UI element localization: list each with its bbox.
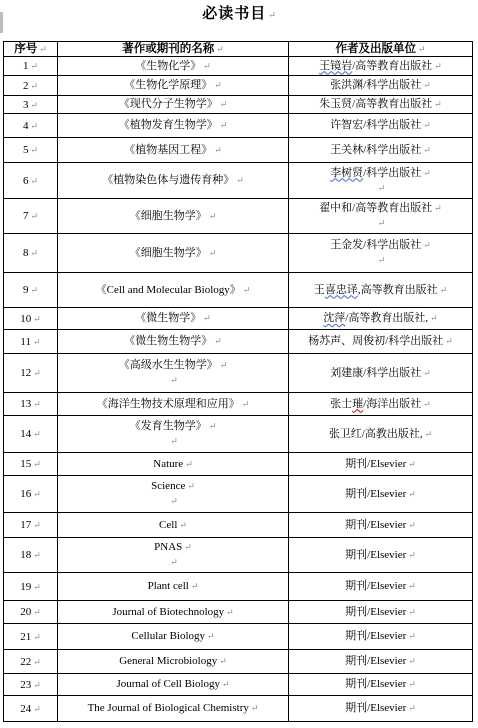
table-row: 19↵Plant cell↵期刊/Elsevier↵ xyxy=(4,573,473,601)
pilcrow-mark: ↵ xyxy=(33,520,41,530)
cell-index[interactable]: 9↵ xyxy=(4,273,58,308)
title-text: Nature xyxy=(153,458,183,470)
pilcrow-mark: ↵ xyxy=(209,211,217,221)
table-row: 17↵Cell↵期刊/Elsevier↵ xyxy=(4,513,473,538)
pilcrow-mark: ↵ xyxy=(207,631,215,641)
title-text: The Journal of Biological Chemistry xyxy=(88,702,249,714)
text-line: 《细胞生物学》↵ xyxy=(58,246,288,261)
table-row: 4↵《植物发育生物学》↵许智宏/科学出版社↵ xyxy=(4,114,473,138)
author-flagged-text: 沈萍 xyxy=(323,312,345,324)
title-text: 《生物化学》 xyxy=(135,60,201,72)
text-line: 翟中和/高等教育出版社↵ xyxy=(289,201,472,216)
text-line: ↵ xyxy=(289,253,472,268)
row-number: 18 xyxy=(20,549,31,561)
pilcrow-mark: ↵ xyxy=(33,632,41,642)
title-text: PNAS xyxy=(154,541,182,553)
row-number: 5 xyxy=(23,144,29,156)
cell-author-publisher[interactable]: 期刊/Elsevier↵ xyxy=(289,476,473,513)
cell-index[interactable]: 12↵ xyxy=(4,354,58,393)
pilcrow-mark: ↵ xyxy=(242,399,250,409)
title-text: 《发育生物学》 xyxy=(130,420,207,432)
cell-index[interactable]: 2↵ xyxy=(4,76,58,96)
cell-author-publisher[interactable]: 期刊/Elsevier↵ xyxy=(289,538,473,573)
cell-author-publisher[interactable]: 期刊/Elsevier↵ xyxy=(289,513,473,538)
header-label: 序号 xyxy=(14,43,37,55)
table-row: 24↵The Journal of Biological Chemistry↵期… xyxy=(4,696,473,722)
pilcrow-mark: ↵ xyxy=(408,550,416,560)
text-line: 《微生物学》↵ xyxy=(58,311,288,326)
cell-title[interactable]: Cell↵ xyxy=(58,513,289,538)
text-line: 朱玉贤/高等教育出版社↵ xyxy=(289,97,472,112)
pilcrow-mark: ↵ xyxy=(408,631,416,641)
pilcrow-mark: ↵ xyxy=(434,61,442,71)
header-row: 序号↵ 著作或期刊的名称↵ 作者及出版单位↵ xyxy=(4,42,473,57)
author-text: 期刊/Elsevier xyxy=(345,606,406,618)
table-row: 11↵《微生物生物学》↵杨苏声、周俊初/科学出版社↵ xyxy=(4,330,473,354)
title-text: Science xyxy=(151,480,185,492)
author-text: 期刊/Elsevier xyxy=(345,549,406,561)
pilcrow-mark: ↵ xyxy=(408,656,416,666)
title-text: 《植物染色体与遗传育种》 xyxy=(102,174,234,186)
cell-title[interactable]: 《生物化学原理》↵ xyxy=(58,76,289,96)
cell-author-publisher[interactable]: 期刊/Elsevier↵ xyxy=(289,453,473,476)
pilcrow-mark: ↵ xyxy=(219,656,227,666)
author-text: 期刊/Elsevier xyxy=(345,655,406,667)
row-number: 8 xyxy=(23,247,29,259)
title-text: 《海洋生物技术原理和应用》 xyxy=(97,398,240,410)
pilcrow-mark: ↵ xyxy=(203,313,211,323)
pilcrow-mark: ↵ xyxy=(30,100,38,110)
cell-author-publisher[interactable]: 期刊/Elsevier↵ xyxy=(289,624,473,650)
pilcrow-mark: ↵ xyxy=(378,255,386,265)
pilcrow-mark: ↵ xyxy=(220,360,228,370)
text-line: 期刊/Elsevier↵ xyxy=(289,579,472,594)
title-text: Cell xyxy=(159,519,177,531)
cell-title[interactable]: 《细胞生物学》↵ xyxy=(58,199,289,234)
text-line: ↵ xyxy=(289,216,472,231)
text-line: 《植物发育生物学》↵ xyxy=(58,118,288,133)
text-line: ↵ xyxy=(58,555,288,570)
cell-title[interactable]: 《植物基因工程》↵ xyxy=(58,138,289,163)
row-number: 1 xyxy=(23,60,29,72)
header-cell-index[interactable]: 序号↵ xyxy=(4,42,58,57)
text-line: 期刊/Elsevier↵ xyxy=(289,654,472,669)
cell-author-publisher[interactable]: 王关林/科学出版社↵ xyxy=(289,138,473,163)
cell-title[interactable]: Journal of Biotechnology↵ xyxy=(58,601,289,624)
text-line: 《生物化学原理》↵ xyxy=(58,78,288,93)
author-text: 期刊/Elsevier xyxy=(345,630,406,642)
author-text: 翟中和/高等教育出版社 xyxy=(319,202,432,214)
pilcrow-mark: ↵ xyxy=(170,557,178,567)
author-text: 刘建康/科学出版社 xyxy=(330,367,421,379)
pilcrow-mark: ↵ xyxy=(418,44,426,54)
pilcrow-mark: ↵ xyxy=(33,399,41,409)
pilcrow-mark: ↵ xyxy=(423,145,431,155)
cell-title[interactable]: 《Cell and Molecular Biology》↵ xyxy=(58,273,289,308)
cell-title[interactable]: Science↵↵ xyxy=(58,476,289,513)
cell-title[interactable]: 《发育生物学》↵↵ xyxy=(58,416,289,453)
cell-title[interactable]: 《微生物生物学》↵ xyxy=(58,330,289,354)
row-number: 6 xyxy=(23,175,29,187)
cell-title[interactable]: Nature↵ xyxy=(58,453,289,476)
pilcrow-mark: ↵ xyxy=(408,459,416,469)
pilcrow-mark: ↵ xyxy=(184,542,192,552)
cell-index[interactable]: 19↵ xyxy=(4,573,58,601)
cell-index[interactable]: 23↵ xyxy=(4,674,58,696)
cell-title[interactable]: Plant cell↵ xyxy=(58,573,289,601)
author-flagged-text: 璀 xyxy=(352,398,363,410)
pilcrow-mark: ↵ xyxy=(209,248,217,258)
pilcrow-mark: ↵ xyxy=(30,81,38,91)
row-number: 2 xyxy=(23,80,29,92)
cell-author-publisher[interactable]: 沈萍/高等教育出版社,↵ xyxy=(289,308,473,330)
cell-index[interactable]: 7↵ xyxy=(4,199,58,234)
header-label: 作者及出版单位 xyxy=(335,43,416,55)
pilcrow-mark: ↵ xyxy=(33,314,41,324)
table-row: 2↵《生物化学原理》↵张洪渊/科学出版社↵ xyxy=(4,76,473,96)
pilcrow-mark: ↵ xyxy=(170,436,178,446)
row-number: 16 xyxy=(20,488,31,500)
cell-index[interactable]: 24↵ xyxy=(4,696,58,722)
cell-title[interactable]: 《生物化学》↵ xyxy=(58,57,289,76)
author-text: ,高等教育出版社 xyxy=(358,284,438,296)
pilcrow-mark: ↵ xyxy=(434,203,442,213)
cell-author-publisher[interactable]: 期刊/Elsevier↵ xyxy=(289,573,473,601)
pilcrow-mark: ↵ xyxy=(33,582,41,592)
pilcrow-mark: ↵ xyxy=(243,285,251,295)
row-number: 22 xyxy=(20,656,31,668)
author-text: /高等教育出版社, xyxy=(345,312,428,324)
pilcrow-mark: ↵ xyxy=(191,581,199,591)
pilcrow-mark: ↵ xyxy=(408,520,416,530)
text-line: Science↵ xyxy=(58,479,288,494)
cell-author-publisher[interactable]: 王镜岩/高等教育出版社↵ xyxy=(289,57,473,76)
text-line: 期刊/Elsevier↵ xyxy=(289,629,472,644)
cell-author-publisher[interactable]: 期刊/Elsevier↵ xyxy=(289,696,473,722)
pilcrow-mark: ↵ xyxy=(220,120,228,130)
text-line: General Microbiology↵ xyxy=(58,654,288,669)
cell-author-publisher[interactable]: 王金发/科学出版社↵↵ xyxy=(289,234,473,273)
pilcrow-mark: ↵ xyxy=(268,10,276,20)
cell-title[interactable]: Journal of Cell Biology↵ xyxy=(58,674,289,696)
row-number: 24 xyxy=(20,703,31,715)
cell-author-publisher[interactable]: 王喜忠译,高等教育出版社↵ xyxy=(289,273,473,308)
pilcrow-mark: ↵ xyxy=(33,550,41,560)
text-line: 刘建康/科学出版社↵ xyxy=(289,366,472,381)
author-text: 期刊/Elsevier xyxy=(345,519,406,531)
author-text: 张卫红/高教出版社, xyxy=(329,428,423,440)
pilcrow-mark: ↵ xyxy=(423,368,431,378)
title-text: 《高级水生生物学》 xyxy=(119,359,218,371)
pilcrow-mark: ↵ xyxy=(425,429,433,439)
title-text: Cellular Biology xyxy=(131,630,205,642)
cell-index[interactable]: 1↵ xyxy=(4,57,58,76)
cell-author-publisher[interactable]: 刘建康/科学出版社↵ xyxy=(289,354,473,393)
pilcrow-mark: ↵ xyxy=(226,607,234,617)
cell-index[interactable]: 16↵ xyxy=(4,476,58,513)
text-line: 张洪渊/科学出版社↵ xyxy=(289,78,472,93)
cell-author-publisher[interactable]: 期刊/Elsevier↵ xyxy=(289,650,473,674)
author-text: 王金发/科学出版社 xyxy=(330,239,421,251)
cell-title[interactable]: 《微生物学》↵ xyxy=(58,308,289,330)
cell-index[interactable]: 10↵ xyxy=(4,308,58,330)
cell-author-publisher[interactable]: 杨苏声、周俊初/科学出版社↵ xyxy=(289,330,473,354)
title-text: 《植物发育生物学》 xyxy=(119,119,218,131)
cell-index[interactable]: 18↵ xyxy=(4,538,58,573)
table-row: 18↵PNAS↵↵期刊/Elsevier↵ xyxy=(4,538,473,573)
table-row: 10↵《微生物学》↵沈萍/高等教育出版社,↵ xyxy=(4,308,473,330)
table-row: 3↵《现代分子生物学》↵朱玉贤/高等教育出版社↵ xyxy=(4,96,473,114)
pilcrow-mark: ↵ xyxy=(33,489,41,499)
row-number: 23 xyxy=(20,679,31,691)
row-number: 4 xyxy=(23,120,29,132)
title-text: 《植物基因工程》 xyxy=(124,144,212,156)
page-title-text: 必读书目 xyxy=(202,6,266,22)
table-row: 5↵《植物基因工程》↵王关林/科学出版社↵ xyxy=(4,138,473,163)
cell-title[interactable]: 《高级水生生物学》↵↵ xyxy=(58,354,289,393)
cell-index[interactable]: 14↵ xyxy=(4,416,58,453)
cell-title[interactable]: Cellular Biology↵ xyxy=(58,624,289,650)
pilcrow-mark: ↵ xyxy=(378,218,386,228)
pilcrow-mark: ↵ xyxy=(203,61,211,71)
row-number: 9 xyxy=(23,284,29,296)
pilcrow-mark: ↵ xyxy=(440,285,448,295)
table-row: 21↵Cellular Biology↵期刊/Elsevier↵ xyxy=(4,624,473,650)
pilcrow-mark: ↵ xyxy=(236,175,244,185)
cell-index[interactable]: 6↵ xyxy=(4,163,58,199)
text-line: 《生物化学》↵ xyxy=(58,59,288,74)
pilcrow-mark: ↵ xyxy=(408,703,416,713)
text-line: Journal of Cell Biology↵ xyxy=(58,677,288,692)
author-text: 期刊/Elsevier xyxy=(345,458,406,470)
pilcrow-mark: ↵ xyxy=(220,99,228,109)
row-number: 13 xyxy=(20,398,31,410)
pilcrow-mark: ↵ xyxy=(30,211,38,221)
pilcrow-mark: ↵ xyxy=(33,607,41,617)
text-line: 许智宏/科学出版社↵ xyxy=(289,118,472,133)
text-line: 沈萍/高等教育出版社,↵ xyxy=(289,311,472,326)
cell-index[interactable]: 22↵ xyxy=(4,650,58,674)
text-line: ↵ xyxy=(58,494,288,509)
cell-author-publisher[interactable]: 期刊/Elsevier↵ xyxy=(289,674,473,696)
window-edge-bar xyxy=(0,12,3,33)
header-cell-name[interactable]: 著作或期刊的名称↵ xyxy=(58,42,289,57)
cell-author-publisher[interactable]: 张卫红/高教出版社,↵ xyxy=(289,416,473,453)
table-row: 13↵《海洋生物技术原理和应用》↵张士璀/海洋出版社↵ xyxy=(4,393,473,416)
author-text: 朱玉贤/高等教育出版社 xyxy=(319,98,432,110)
title-text: 《细胞生物学》 xyxy=(130,210,207,222)
pilcrow-mark: ↵ xyxy=(179,520,187,530)
page-title[interactable]: 必读书目↵ xyxy=(0,0,478,24)
table-row: 8↵《细胞生物学》↵王金发/科学出版社↵↵ xyxy=(4,234,473,273)
text-line: 期刊/Elsevier↵ xyxy=(289,605,472,620)
row-number: 11 xyxy=(20,336,31,348)
author-text: /科学出版社 xyxy=(363,167,421,179)
author-flagged-text: 王镜岩 xyxy=(319,60,352,72)
author-text: 张洪渊/科学出版社 xyxy=(330,79,421,91)
text-line: 张士璀/海洋出版社↵ xyxy=(289,397,472,412)
cell-author-publisher[interactable]: 朱玉贤/高等教育出版社↵ xyxy=(289,96,473,114)
pilcrow-mark: ↵ xyxy=(445,336,453,346)
cell-author-publisher[interactable]: 许智宏/科学出版社↵ xyxy=(289,114,473,138)
row-number: 3 xyxy=(23,99,29,111)
pilcrow-mark: ↵ xyxy=(423,399,431,409)
cell-title[interactable]: The Journal of Biological Chemistry↵ xyxy=(58,696,289,722)
pilcrow-mark: ↵ xyxy=(30,121,38,131)
cell-author-publisher[interactable]: 翟中和/高等教育出版社↵↵ xyxy=(289,199,473,234)
cell-index[interactable]: 5↵ xyxy=(4,138,58,163)
cell-index[interactable]: 3↵ xyxy=(4,96,58,114)
text-line: 《Cell and Molecular Biology》↵ xyxy=(58,283,288,298)
pilcrow-mark: ↵ xyxy=(187,481,195,491)
table-row: 7↵《细胞生物学》↵翟中和/高等教育出版社↵↵ xyxy=(4,199,473,234)
text-line: 杨苏声、周俊初/科学出版社↵ xyxy=(289,334,472,349)
cell-author-publisher[interactable]: 李树贤/科学出版社↵↵ xyxy=(289,163,473,199)
cell-title[interactable]: 《现代分子生物学》↵ xyxy=(58,96,289,114)
row-number: 19 xyxy=(20,581,31,593)
text-line: 李树贤/科学出版社↵ xyxy=(289,166,472,181)
cell-index[interactable]: 11↵ xyxy=(4,330,58,354)
pilcrow-mark: ↵ xyxy=(30,285,38,295)
pilcrow-mark: ↵ xyxy=(214,145,222,155)
pilcrow-mark: ↵ xyxy=(423,80,431,90)
cell-title[interactable]: 《细胞生物学》↵ xyxy=(58,234,289,273)
cell-index[interactable]: 20↵ xyxy=(4,601,58,624)
text-line: ↵ xyxy=(289,181,472,196)
text-line: 《海洋生物技术原理和应用》↵ xyxy=(58,397,288,412)
author-text: 期刊/Elsevier xyxy=(345,702,406,714)
text-line: Plant cell↵ xyxy=(58,579,288,594)
cell-index[interactable]: 17↵ xyxy=(4,513,58,538)
pilcrow-mark: ↵ xyxy=(216,44,224,54)
text-line: ↵ xyxy=(58,434,288,449)
cell-title[interactable]: 《海洋生物技术原理和应用》↵ xyxy=(58,393,289,416)
table-row: 12↵《高级水生生物学》↵↵刘建康/科学出版社↵ xyxy=(4,354,473,393)
cell-index[interactable]: 15↵ xyxy=(4,453,58,476)
title-text: 《Cell and Molecular Biology》 xyxy=(96,284,241,296)
pilcrow-mark: ↵ xyxy=(222,679,230,689)
cell-title[interactable]: General Microbiology↵ xyxy=(58,650,289,674)
author-text: 期刊/Elsevier xyxy=(345,580,406,592)
text-line: 《植物染色体与遗传育种》↵ xyxy=(58,173,288,188)
table-row: 9↵《Cell and Molecular Biology》↵王喜忠译,高等教育… xyxy=(4,273,473,308)
pilcrow-mark: ↵ xyxy=(33,337,41,347)
table-row: 16↵Science↵↵期刊/Elsevier↵ xyxy=(4,476,473,513)
pilcrow-mark: ↵ xyxy=(33,368,41,378)
text-line: 《细胞生物学》↵ xyxy=(58,209,288,224)
cell-index[interactable]: 4↵ xyxy=(4,114,58,138)
pilcrow-mark: ↵ xyxy=(33,680,41,690)
title-text: 《生物化学原理》 xyxy=(124,79,212,91)
title-text: Journal of Cell Biology xyxy=(116,678,220,690)
pilcrow-mark: ↵ xyxy=(408,607,416,617)
reading-list-table: 序号↵ 著作或期刊的名称↵ 作者及出版单位↵ 1↵《生物化学》↵王镜岩/高等教育… xyxy=(3,41,473,722)
text-line: 张卫红/高教出版社,↵ xyxy=(289,427,472,442)
text-line: Nature↵ xyxy=(58,457,288,472)
row-number: 20 xyxy=(20,606,31,618)
cell-index[interactable]: 21↵ xyxy=(4,624,58,650)
author-text: /高等教育出版社 xyxy=(352,60,432,72)
pilcrow-mark: ↵ xyxy=(430,313,438,323)
author-text: 许智宏/科学出版社 xyxy=(330,119,421,131)
title-text: Journal of Biotechnology xyxy=(112,606,224,618)
text-line: 王关林/科学出版社↵ xyxy=(289,143,472,158)
cell-author-publisher[interactable]: 张洪渊/科学出版社↵ xyxy=(289,76,473,96)
title-text: 《现代分子生物学》 xyxy=(119,98,218,110)
cell-title[interactable]: 《植物发育生物学》↵ xyxy=(58,114,289,138)
cell-index[interactable]: 13↵ xyxy=(4,393,58,416)
text-line: 《现代分子生物学》↵ xyxy=(58,97,288,112)
pilcrow-mark: ↵ xyxy=(39,44,47,54)
text-line: 王喜忠译,高等教育出版社↵ xyxy=(289,283,472,298)
cell-title[interactable]: PNAS↵↵ xyxy=(58,538,289,573)
text-line: Cell↵ xyxy=(58,518,288,533)
pilcrow-mark: ↵ xyxy=(434,99,442,109)
title-text: 《细胞生物学》 xyxy=(130,247,207,259)
text-line: 《微生物生物学》↵ xyxy=(58,334,288,349)
cell-title[interactable]: 《植物染色体与遗传育种》↵ xyxy=(58,163,289,199)
pilcrow-mark: ↵ xyxy=(185,459,193,469)
pilcrow-mark: ↵ xyxy=(30,248,38,258)
row-number: 7 xyxy=(23,210,29,222)
cell-author-publisher[interactable]: 张士璀/海洋出版社↵ xyxy=(289,393,473,416)
header-label: 著作或期刊的名称 xyxy=(122,43,214,55)
header-cell-author[interactable]: 作者及出版单位↵ xyxy=(289,42,473,57)
text-line: 《发育生物学》↵ xyxy=(58,419,288,434)
pilcrow-mark: ↵ xyxy=(30,176,38,186)
cell-index[interactable]: 8↵ xyxy=(4,234,58,273)
pilcrow-mark: ↵ xyxy=(214,80,222,90)
title-text: Plant cell xyxy=(148,580,189,592)
pilcrow-mark: ↵ xyxy=(30,61,38,71)
title-text: General Microbiology xyxy=(119,655,217,667)
author-text: 王 xyxy=(314,284,325,296)
text-line: 期刊/Elsevier↵ xyxy=(289,518,472,533)
row-number: 21 xyxy=(20,631,31,643)
text-line: 期刊/Elsevier↵ xyxy=(289,487,472,502)
text-line: The Journal of Biological Chemistry↵ xyxy=(58,701,288,716)
text-line: Cellular Biology↵ xyxy=(58,629,288,644)
text-line: PNAS↵ xyxy=(58,540,288,555)
pilcrow-mark: ↵ xyxy=(423,168,431,178)
text-line: 期刊/Elsevier↵ xyxy=(289,677,472,692)
text-line: 王金发/科学出版社↵ xyxy=(289,238,472,253)
text-line: 《植物基因工程》↵ xyxy=(58,143,288,158)
pilcrow-mark: ↵ xyxy=(378,183,386,193)
text-line: Journal of Biotechnology↵ xyxy=(58,605,288,620)
table-row: 15↵Nature↵期刊/Elsevier↵ xyxy=(4,453,473,476)
table-row: 6↵《植物染色体与遗传育种》↵李树贤/科学出版社↵↵ xyxy=(4,163,473,199)
pilcrow-mark: ↵ xyxy=(33,459,41,469)
author-flagged-text: 李树贤 xyxy=(330,167,363,179)
row-number: 10 xyxy=(20,313,31,325)
row-number: 17 xyxy=(20,519,31,531)
author-text: 杨苏声、周俊初/科学出版社 xyxy=(308,335,443,347)
pilcrow-mark: ↵ xyxy=(423,120,431,130)
author-text: 王关林/科学出版社 xyxy=(330,144,421,156)
table-row: 22↵General Microbiology↵期刊/Elsevier↵ xyxy=(4,650,473,674)
text-line: 期刊/Elsevier↵ xyxy=(289,701,472,716)
pilcrow-mark: ↵ xyxy=(30,145,38,155)
author-text: 期刊/Elsevier xyxy=(345,488,406,500)
pilcrow-mark: ↵ xyxy=(33,704,41,714)
row-number: 15 xyxy=(20,458,31,470)
title-text: 《微生物生物学》 xyxy=(124,335,212,347)
pilcrow-mark: ↵ xyxy=(423,240,431,250)
pilcrow-mark: ↵ xyxy=(209,421,217,431)
pilcrow-mark: ↵ xyxy=(33,429,41,439)
cell-author-publisher[interactable]: 期刊/Elsevier↵ xyxy=(289,601,473,624)
